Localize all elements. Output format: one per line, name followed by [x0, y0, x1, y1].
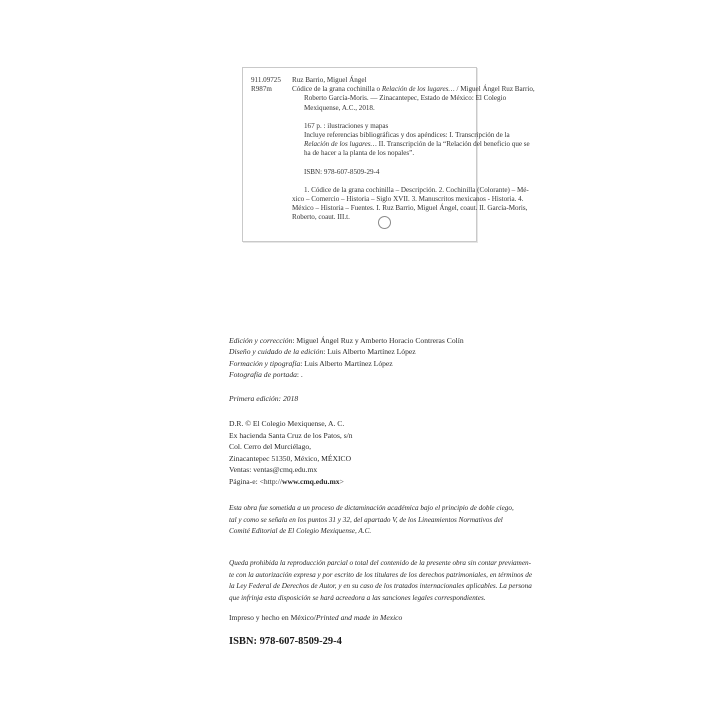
notes: Incluye referencias bibliográficas y dos…: [292, 131, 473, 140]
edition-line: Primera edición: 2018: [229, 393, 499, 404]
review-notice: Esta obra fue sometida a un proceso de d…: [229, 503, 497, 538]
sales-email: Ventas: ventas@cmq.edu.mx: [229, 464, 499, 476]
catalog-entry: Ruz Barrio, Miguel Ángel Códice de la gr…: [292, 76, 473, 223]
website: Página-e: <http://www.cmq.edu.mx>: [229, 476, 499, 488]
website-link[interactable]: www.cmq.edu.mx: [282, 477, 340, 486]
publisher-block: D.R. © El Colegio Mexiquense, A. C. Ex h…: [229, 418, 499, 488]
title-statement: Códice de la grana cochinilla o Relación…: [292, 85, 473, 94]
catalog-card: 911.09725 R987m Ruz Barrio, Miguel Ángel…: [242, 67, 477, 242]
physical-description: 167 p. : ilustraciones y mapas: [292, 122, 473, 131]
credit-line: Edición y corrección: Miguel Ángel Ruz y…: [229, 335, 499, 346]
credit-line: Formación y tipografía: Luis Alberto Mar…: [229, 358, 499, 369]
author-heading: Ruz Barrio, Miguel Ángel: [292, 76, 473, 85]
credit-line: Diseño y cuidado de la edición: Luis Alb…: [229, 346, 499, 357]
card-isbn: ISBN: 978-607-8509-29-4: [292, 168, 473, 177]
card-hole-icon: [378, 216, 391, 229]
class-number: 911.09725 R987m: [251, 76, 291, 94]
isbn-footer: ISBN: 978-607-8509-29-4: [229, 636, 342, 647]
copyright-notice: Queda prohibida la reproducción parcial …: [229, 558, 497, 604]
credit-line: Fotografía de portada: .: [229, 369, 499, 380]
credits-block: Edición y corrección: Miguel Ángel Ruz y…: [229, 335, 499, 381]
printed-in: Impreso y hecho en México/Printed and ma…: [229, 612, 499, 623]
subjects: 1. Códice de la grana cochinilla – Descr…: [292, 186, 473, 195]
